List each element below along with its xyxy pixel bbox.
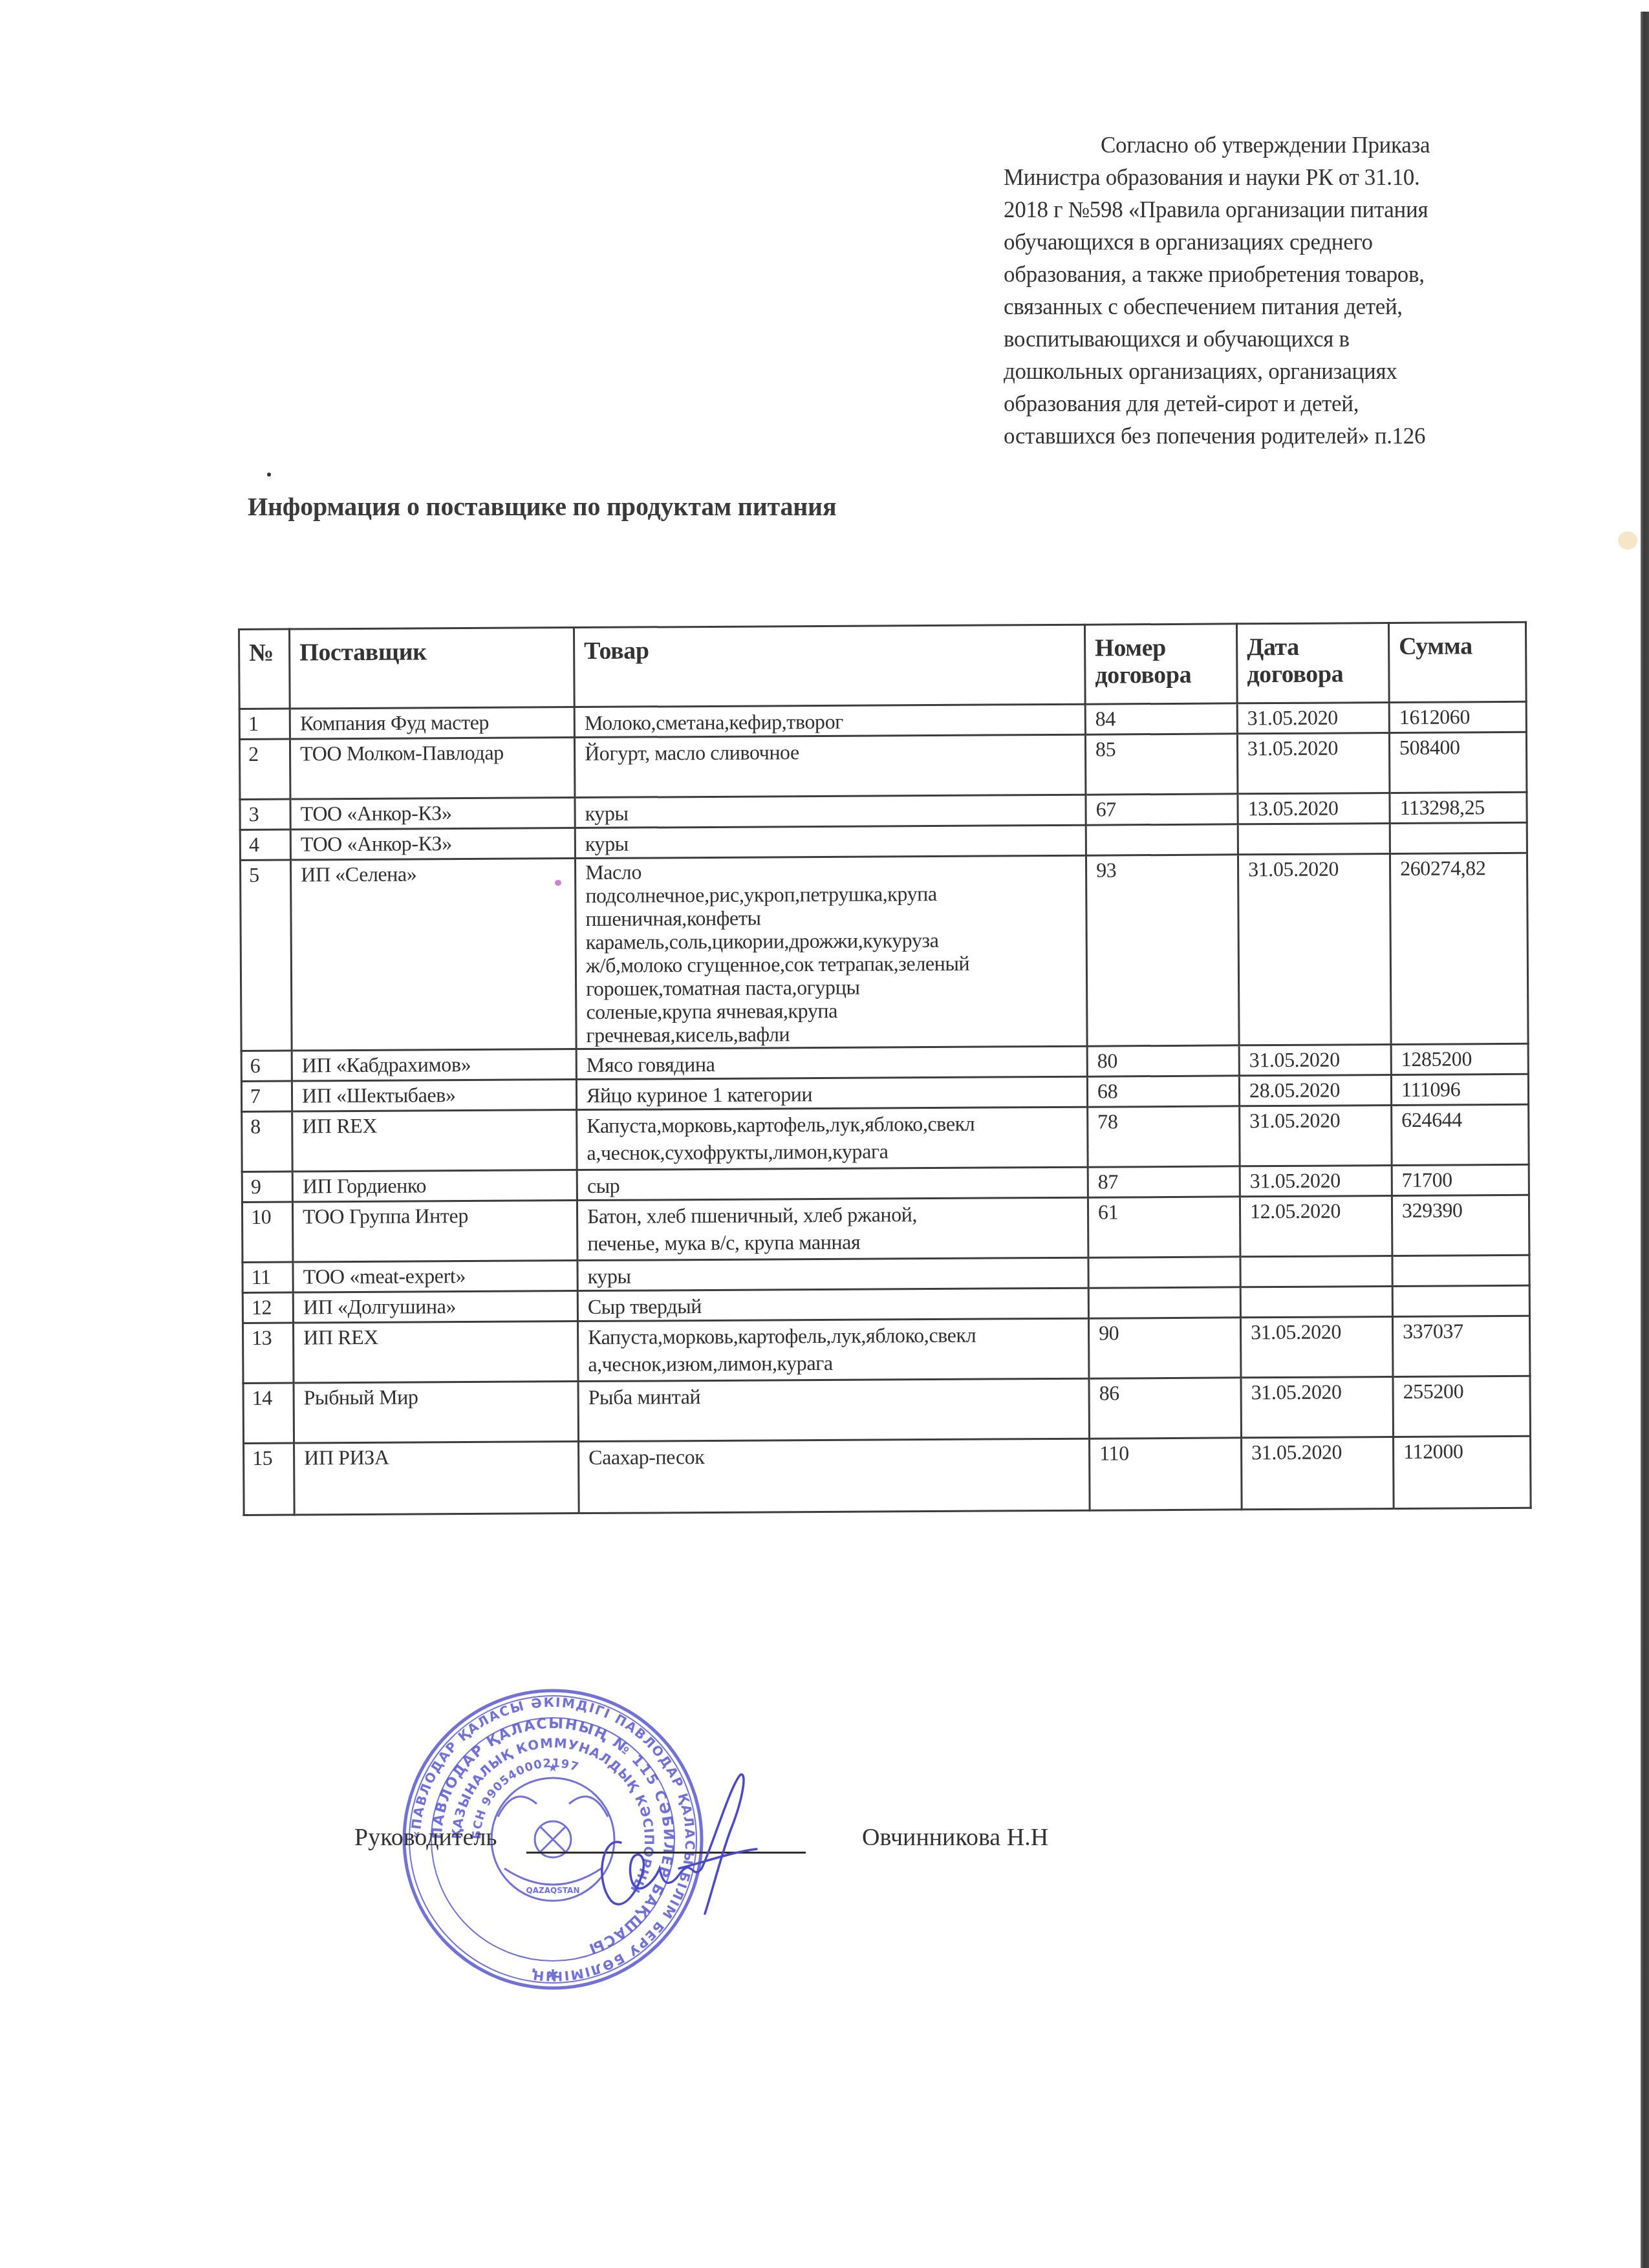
- goods-line: Молоко,сметана,кефир,творог: [585, 707, 1078, 736]
- goods-line: а,чеснок,сухофрукты,лимон,курага: [587, 1137, 1080, 1166]
- goods-line: Йогурт, масло сливочное: [585, 737, 1078, 767]
- goods-line: Капуста,морковь,картофель,лук,яблоко,све…: [587, 1109, 1080, 1139]
- amount-cell: 1285200: [1391, 1043, 1528, 1075]
- goods-cell: Яйцо куриное 1 категории: [576, 1076, 1087, 1109]
- row-num: 13: [243, 1323, 294, 1383]
- contract-date-cell: [1240, 1287, 1392, 1318]
- amount-cell: 255200: [1393, 1376, 1531, 1437]
- supplier-cell: ИП РИЗА: [294, 1442, 579, 1515]
- legal-reference-preamble: Согласно об утверждении ПриказаМинистра …: [1004, 129, 1508, 453]
- header-supplier: Поставщик: [290, 628, 575, 709]
- contract-number-cell: 93: [1086, 855, 1239, 1046]
- goods-line: Яйцо куриное 1 категории: [587, 1079, 1080, 1109]
- goods-line: Капуста,морковь,картофель,лук,яблоко,све…: [588, 1321, 1081, 1351]
- goods-cell: Мясо говядина: [576, 1046, 1087, 1079]
- contract-number-cell: 84: [1085, 703, 1237, 734]
- header-contract-number-line1: Номер: [1095, 634, 1166, 662]
- contract-date-cell: 12.05.2020: [1240, 1196, 1392, 1257]
- signatory-role: Руководитель: [354, 1823, 497, 1852]
- goods-line: гречневая,кисель,вафли: [586, 1021, 1079, 1047]
- goods-line: Батон, хлеб пшеничный, хлеб ржаной,: [587, 1200, 1081, 1230]
- contract-number-cell: 90: [1088, 1318, 1241, 1378]
- amount-cell: 113298,25: [1390, 792, 1527, 823]
- goods-line: пшеничная,конфеты: [585, 904, 1079, 930]
- goods-cell: Капуста,морковь,картофель,лук,яблоко,све…: [577, 1107, 1088, 1170]
- header-contract-date-line2: договора: [1247, 660, 1343, 688]
- header-num: №: [239, 629, 290, 709]
- row-num: 5: [241, 860, 292, 1051]
- row-num: 12: [242, 1292, 293, 1323]
- amount-cell: 111096: [1391, 1074, 1528, 1105]
- amount-cell: 260274,82: [1390, 853, 1528, 1044]
- amount-cell: 71700: [1392, 1164, 1529, 1195]
- row-num: 2: [239, 739, 290, 799]
- amount-cell: 508400: [1389, 732, 1527, 793]
- table-row: 10ТОО Группа ИнтерБатон, хлеб пшеничный,…: [242, 1195, 1529, 1262]
- goods-cell: Маслоподсолнечное,рис,укроп,петрушка,кру…: [575, 855, 1087, 1049]
- row-num: 3: [240, 799, 290, 829]
- contract-number-cell: [1088, 1257, 1240, 1288]
- table-row: 8ИП REXКапуста,морковь,картофель,лук,ябл…: [242, 1104, 1529, 1171]
- supplier-cell: ТОО «meat-expert»: [293, 1261, 577, 1292]
- goods-cell: Рыба минтай: [578, 1378, 1090, 1441]
- goods-line: печенье, мука в/с, крупа манная: [587, 1227, 1081, 1257]
- emblem-star-icon: ★: [548, 1761, 558, 1775]
- stain-speck: [1618, 531, 1637, 550]
- scan-speck: [267, 473, 271, 476]
- supplier-cell: ИП «Шектыбаев»: [292, 1080, 576, 1111]
- supplier-cell: ИП REX: [292, 1110, 577, 1171]
- supplier-cell: ИП «Кабдрахимов»: [292, 1049, 576, 1081]
- supplier-cell: Рыбный Мир: [294, 1382, 579, 1443]
- preamble-line: воспитывающихся и обучающихся в: [1004, 323, 1508, 356]
- supplier-cell: ИП «Селена»: [291, 859, 577, 1051]
- goods-line: куры: [585, 797, 1078, 827]
- contract-date-cell: 28.05.2020: [1239, 1075, 1391, 1106]
- goods-line: Рыба минтай: [588, 1381, 1082, 1411]
- contract-date-cell: [1240, 1256, 1392, 1287]
- supplier-cell: ИП Гордиенко: [292, 1170, 577, 1202]
- amount-cell: 112000: [1394, 1436, 1531, 1508]
- supplier-table-body: 1Компания Фуд мастерМолоко,сметана,кефир…: [239, 701, 1531, 1515]
- contract-number-cell: [1088, 1287, 1240, 1318]
- table-row: 13ИП REXКапуста,морковь,картофель,лук,яб…: [243, 1316, 1530, 1383]
- contract-date-cell: 31.05.2020: [1237, 703, 1389, 734]
- row-num: 7: [241, 1081, 292, 1111]
- preamble-line: дошкольных организациях, организациях: [1004, 356, 1508, 388]
- row-num: 14: [243, 1383, 294, 1443]
- contract-number-cell: 110: [1090, 1438, 1242, 1510]
- supplier-cell: ТОО Группа Интер: [292, 1201, 577, 1262]
- goods-line: куры: [585, 828, 1079, 857]
- contract-date-cell: 31.05.2020: [1242, 1437, 1394, 1510]
- goods-line: подсолнечное,рис,укроп,петрушка,крупа: [585, 881, 1079, 907]
- supplier-cell: ТОО Молком-Павлодар: [290, 738, 575, 799]
- goods-line: соленые,крупа ячневая,крупа: [586, 998, 1079, 1023]
- goods-cell: Саахар-песок: [579, 1439, 1090, 1513]
- preamble-line: образования для детей-сирот и детей,: [1004, 388, 1508, 420]
- supplier-table-container: № Поставщик Товар Номер договора Дата до…: [238, 621, 1532, 1516]
- contract-date-cell: [1238, 824, 1390, 855]
- table-header-row: № Поставщик Товар Номер договора Дата до…: [239, 622, 1527, 709]
- supplier-cell: ИП «Долгушина»: [293, 1291, 577, 1323]
- contract-date-cell: 13.05.2020: [1238, 793, 1390, 824]
- preamble-line: Согласно об утверждении Приказа: [1004, 129, 1508, 162]
- header-contract-number: Номер договора: [1084, 624, 1237, 704]
- goods-cell: Батон, хлеб пшеничный, хлеб ржаной,печен…: [577, 1197, 1088, 1260]
- supplier-table: № Поставщик Товар Номер договора Дата до…: [238, 621, 1532, 1516]
- amount-cell: [1392, 1285, 1529, 1316]
- contract-date-cell: 31.05.2020: [1240, 1106, 1392, 1166]
- supplier-cell: ТОО «Анкор-КЗ»: [290, 798, 575, 829]
- contract-number-cell: 86: [1089, 1378, 1242, 1439]
- header-amount: Сумма: [1388, 622, 1526, 702]
- preamble-line-text: Согласно об утверждении Приказа: [1101, 133, 1430, 158]
- header-goods: Товар: [574, 625, 1086, 707]
- row-num: 8: [242, 1111, 293, 1171]
- contract-number-cell: 68: [1087, 1076, 1239, 1107]
- goods-line: Саахар-песок: [588, 1441, 1082, 1471]
- preamble-line: образования, а также приобретения товаро…: [1004, 259, 1508, 291]
- amount-cell: 1612060: [1389, 701, 1526, 733]
- contract-number-cell: 78: [1088, 1106, 1240, 1167]
- contract-date-cell: 31.05.2020: [1240, 1317, 1393, 1378]
- goods-cell: Йогурт, масло сливочное: [574, 734, 1086, 797]
- goods-line: Мясо говядина: [587, 1049, 1080, 1078]
- contract-date-cell: 31.05.2020: [1241, 1377, 1394, 1438]
- header-contract-date-line1: Дата: [1247, 634, 1299, 661]
- row-num: 1: [239, 709, 290, 739]
- row-num: 10: [242, 1202, 293, 1262]
- stamp-star-icon: ✱: [547, 1967, 559, 1984]
- amount-cell: 329390: [1392, 1195, 1529, 1256]
- scan-edge: [1641, 12, 1649, 2268]
- row-num: 9: [242, 1171, 292, 1202]
- table-row: 2ТОО Молком-ПавлодарЙогурт, масло сливоч…: [239, 732, 1526, 799]
- goods-cell: Сыр твердый: [577, 1288, 1088, 1321]
- contract-number-cell: [1086, 824, 1238, 855]
- amount-cell: 337037: [1392, 1316, 1530, 1376]
- supplier-cell: ТОО «Анкор-КЗ»: [290, 828, 575, 860]
- row-num: 11: [242, 1262, 293, 1292]
- goods-cell: сыр: [577, 1167, 1088, 1200]
- contract-number-cell: 61: [1088, 1197, 1240, 1257]
- handwritten-signature: [582, 1771, 776, 1920]
- contract-number-cell: 80: [1087, 1045, 1239, 1076]
- document-title: Информация о поставщике по продуктам пит…: [248, 491, 836, 522]
- preamble-line: связанных с обеспечением питания детей,: [1004, 291, 1508, 323]
- goods-line: Масло: [585, 858, 1079, 884]
- preamble-line: обучающихся в организациях среднего: [1004, 226, 1508, 259]
- header-contract-date: Дата договора: [1236, 623, 1389, 703]
- contract-date-cell: 31.05.2020: [1240, 1166, 1392, 1197]
- goods-line: горошек,томатная паста,огурцы: [586, 974, 1079, 1000]
- goods-cell: куры: [575, 795, 1086, 828]
- goods-cell: Молоко,сметана,кефир,творог: [574, 704, 1085, 737]
- amount-cell: [1390, 822, 1527, 853]
- contract-number-cell: 67: [1086, 794, 1238, 825]
- goods-cell: куры: [575, 825, 1086, 858]
- header-contract-number-line2: договора: [1095, 661, 1191, 689]
- table-row: 15ИП РИЗАСаахар-песок11031.05.2020112000: [244, 1436, 1531, 1515]
- goods-line: сыр: [587, 1170, 1081, 1199]
- preamble-line: оставшихся без попечения родителей» п.12…: [1004, 420, 1508, 453]
- supplier-cell: Компания Фуд мастер: [290, 707, 574, 739]
- amount-cell: 624644: [1392, 1104, 1529, 1165]
- goods-line: ж/б,молоко сгущенное,сок тетрапак,зелены…: [586, 951, 1079, 977]
- signatory-name: Овчинникова Н.Н: [862, 1823, 1048, 1852]
- goods-cell: куры: [577, 1257, 1088, 1290]
- amount-cell: [1392, 1255, 1529, 1286]
- contract-number-cell: 87: [1088, 1166, 1240, 1197]
- supplier-cell: ИП REX: [293, 1321, 578, 1383]
- row-num: 4: [240, 829, 290, 860]
- preamble-line: Министра образования и науки РК от 31.10…: [1004, 162, 1508, 194]
- contract-date-cell: 31.05.2020: [1238, 854, 1391, 1045]
- goods-line: Сыр твердый: [588, 1290, 1081, 1320]
- contract-date-cell: 31.05.2020: [1239, 1045, 1391, 1076]
- row-num: 15: [244, 1443, 295, 1515]
- table-row: 14Рыбный МирРыба минтай8631.05.202025520…: [243, 1376, 1530, 1443]
- goods-cell: Капуста,морковь,картофель,лук,яблоко,све…: [577, 1318, 1089, 1381]
- goods-line: карамель,соль,цикории,дрожжи,кукуруза: [586, 928, 1079, 954]
- contract-date-cell: 31.05.2020: [1237, 733, 1390, 794]
- contract-number-cell: 85: [1085, 734, 1238, 795]
- row-num: 6: [241, 1051, 292, 1081]
- goods-line: а,чеснок,изюм,лимон,курага: [588, 1348, 1081, 1378]
- preamble-line: 2018 г №598 «Правила организации питания: [1004, 194, 1508, 226]
- goods-line: куры: [587, 1260, 1081, 1290]
- table-row: 5ИП «Селена»Маслоподсолнечное,рис,укроп,…: [241, 853, 1529, 1051]
